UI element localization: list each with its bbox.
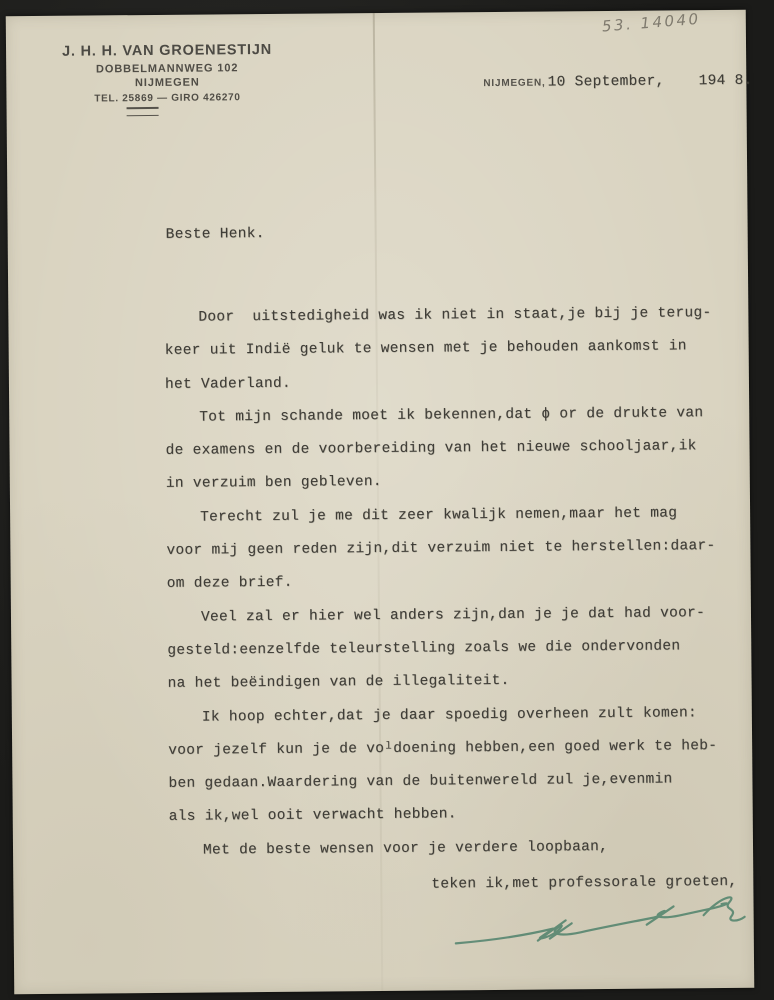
letterhead: J. H. H. VAN GROENESTIJN DOBBELMANNWEG 1… bbox=[36, 42, 299, 105]
letterhead-contact: TEL. 25869 — GIRO 426270 bbox=[36, 92, 298, 105]
dateline: NIJMEGEN, 10 September, 194 8. bbox=[483, 73, 752, 91]
paragraph: Terecht zul je me dit zeer kwalijk nemen… bbox=[166, 497, 735, 602]
letter-body: Door uitstedigheid was ik niet in staat,… bbox=[164, 297, 737, 868]
signature-main-stroke bbox=[456, 903, 728, 943]
paragraph: Tot mijn schande moet ik bekennen,dat ɸ … bbox=[165, 397, 734, 502]
letterhead-name: J. H. H. VAN GROENESTIJN bbox=[36, 42, 298, 60]
dateline-year: 194 8. bbox=[699, 73, 753, 89]
letter-page: J. H. H. VAN GROENESTIJN DOBBELMANNWEG 1… bbox=[6, 10, 755, 994]
scanned-letter: J. H. H. VAN GROENESTIJN DOBBELMANNWEG 1… bbox=[0, 0, 774, 1000]
signature-ink bbox=[441, 889, 752, 954]
letterhead-street: DOBBELMANNWEG 102 bbox=[36, 62, 298, 76]
paragraph: Ik hoop echter,dat je daar spoedig overh… bbox=[168, 696, 737, 834]
signature-end-flourish bbox=[703, 897, 744, 921]
archival-annotation: 53. 14040 bbox=[601, 10, 701, 36]
letterhead-rule bbox=[127, 107, 159, 116]
dateline-place: NIJMEGEN, bbox=[483, 78, 545, 90]
signature-t-cross bbox=[647, 906, 674, 924]
dateline-date: 10 September, bbox=[547, 74, 664, 91]
paragraph: Veel zal er hier wel anders zijn,dan je … bbox=[167, 597, 736, 702]
salutation: Beste Henk. bbox=[166, 226, 265, 243]
paragraph: Met de beste wensen voor je verdere loop… bbox=[169, 830, 737, 868]
paragraph: Door uitstedigheid was ik niet in staat,… bbox=[164, 297, 733, 402]
letterhead-city: NIJMEGEN bbox=[36, 76, 298, 90]
